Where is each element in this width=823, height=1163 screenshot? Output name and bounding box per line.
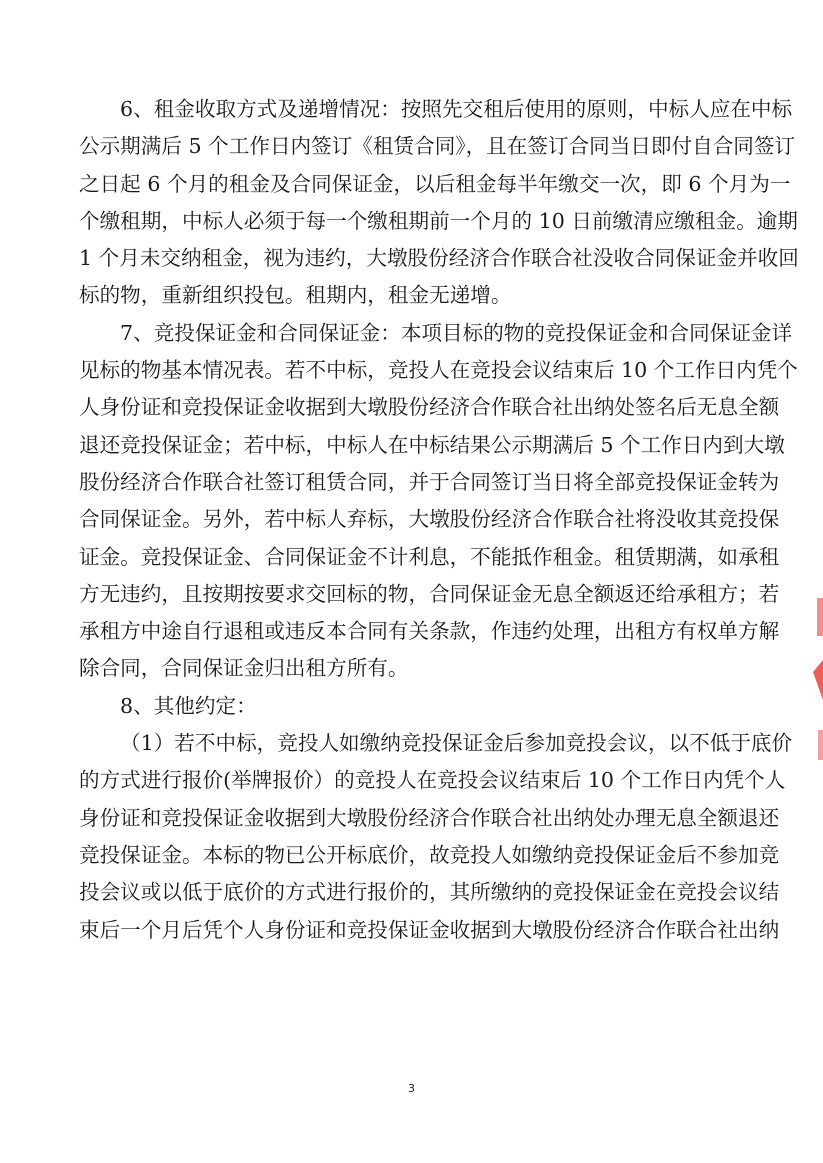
section-heading: 8、其他约定： [79, 688, 745, 725]
text-line: 身份证和竞投保证金收据到大墩股份经济合作联合社出纳处办理无息全额退还 [79, 800, 745, 837]
text-line: 6、租金收取方式及递增情况：按照先交租后使用的原则，中标人应在中标 [79, 91, 745, 128]
text-line: 1 个月未交纳租金，视为违约，大墩股份经济合作联合社没收合同保证金并收回 [79, 240, 745, 277]
text-line: 方无违约，且按期按要求交回标的物，合同保证金无息全额返还给承租方；若 [79, 576, 745, 613]
document-body: 6、租金收取方式及递增情况：按照先交租后使用的原则，中标人应在中标 公示期满后 … [79, 91, 745, 949]
seal-stamp-fragment [818, 730, 823, 760]
text-line: 之日起 6 个月的租金及合同保证金，以后租金每半年缴交一次，即 6 个月为一 [79, 166, 745, 203]
text-line: 承租方中途自行退租或违反本合同有关条款，作违约处理，出租方有权单方解 [79, 613, 745, 650]
text-line: 标的物，重新组织投包。租期内，租金无递增。 [79, 277, 745, 314]
seal-stamp-fragment [813, 660, 823, 700]
seal-stamp-fragment [817, 598, 823, 636]
text-line: 竞投保证金。本标的物已公开标底价，故竞投人如缴纳竞投保证金后不参加竞 [79, 837, 745, 874]
text-line: 的方式进行报价(举牌报价）的竞投人在竞投会议结束后 10 个工作日内凭个人 [79, 762, 745, 799]
text-line: 除合同，合同保证金归出租方所有。 [79, 650, 745, 687]
text-line: 人身份证和竞投保证金收据到大墩股份经济合作联合社出纳处签名后无息全额 [79, 389, 745, 426]
text-line: 投会议或以低于底价的方式进行报价的，其所缴纳的竞投保证金在竞投会议结 [79, 874, 745, 911]
document-page: 6、租金收取方式及递增情况：按照先交租后使用的原则，中标人应在中标 公示期满后 … [0, 0, 823, 1163]
text-line: 个缴租期，中标人必须于每一个缴租期前一个月的 10 日前缴清应缴租金。逾期 [79, 203, 745, 240]
text-line: 7、竞投保证金和合同保证金：本项目标的物的竞投保证金和合同保证金详 [79, 315, 745, 352]
text-line: 公示期满后 5 个工作日内签订《租赁合同》，且在签订合同当日即付自合同签订 [79, 128, 745, 165]
text-line: 合同保证金。另外，若中标人弃标，大墩股份经济合作联合社将没收其竞投保 [79, 501, 745, 538]
page-number: 3 [0, 1082, 823, 1095]
text-line: 证金。竞投保证金、合同保证金不计利息，不能抵作租金。租赁期满，如承租 [79, 539, 745, 576]
text-line: （1）若不中标，竞投人如缴纳竞投保证金后参加竞投会议，以不低于底价 [79, 725, 745, 762]
text-line: 股份经济合作联合社签订租赁合同，并于合同签订当日将全部竞投保证金转为 [79, 464, 745, 501]
text-line: 退还竞投保证金；若中标，中标人在中标结果公示期满后 5 个工作日内到大墩 [79, 427, 745, 464]
text-line: 见标的物基本情况表。若不中标，竞投人在竞投会议结束后 10 个工作日内凭个 [79, 352, 745, 389]
text-line: 束后一个月后凭个人身份证和竞投保证金收据到大墩股份经济合作联合社出纳 [79, 912, 745, 949]
